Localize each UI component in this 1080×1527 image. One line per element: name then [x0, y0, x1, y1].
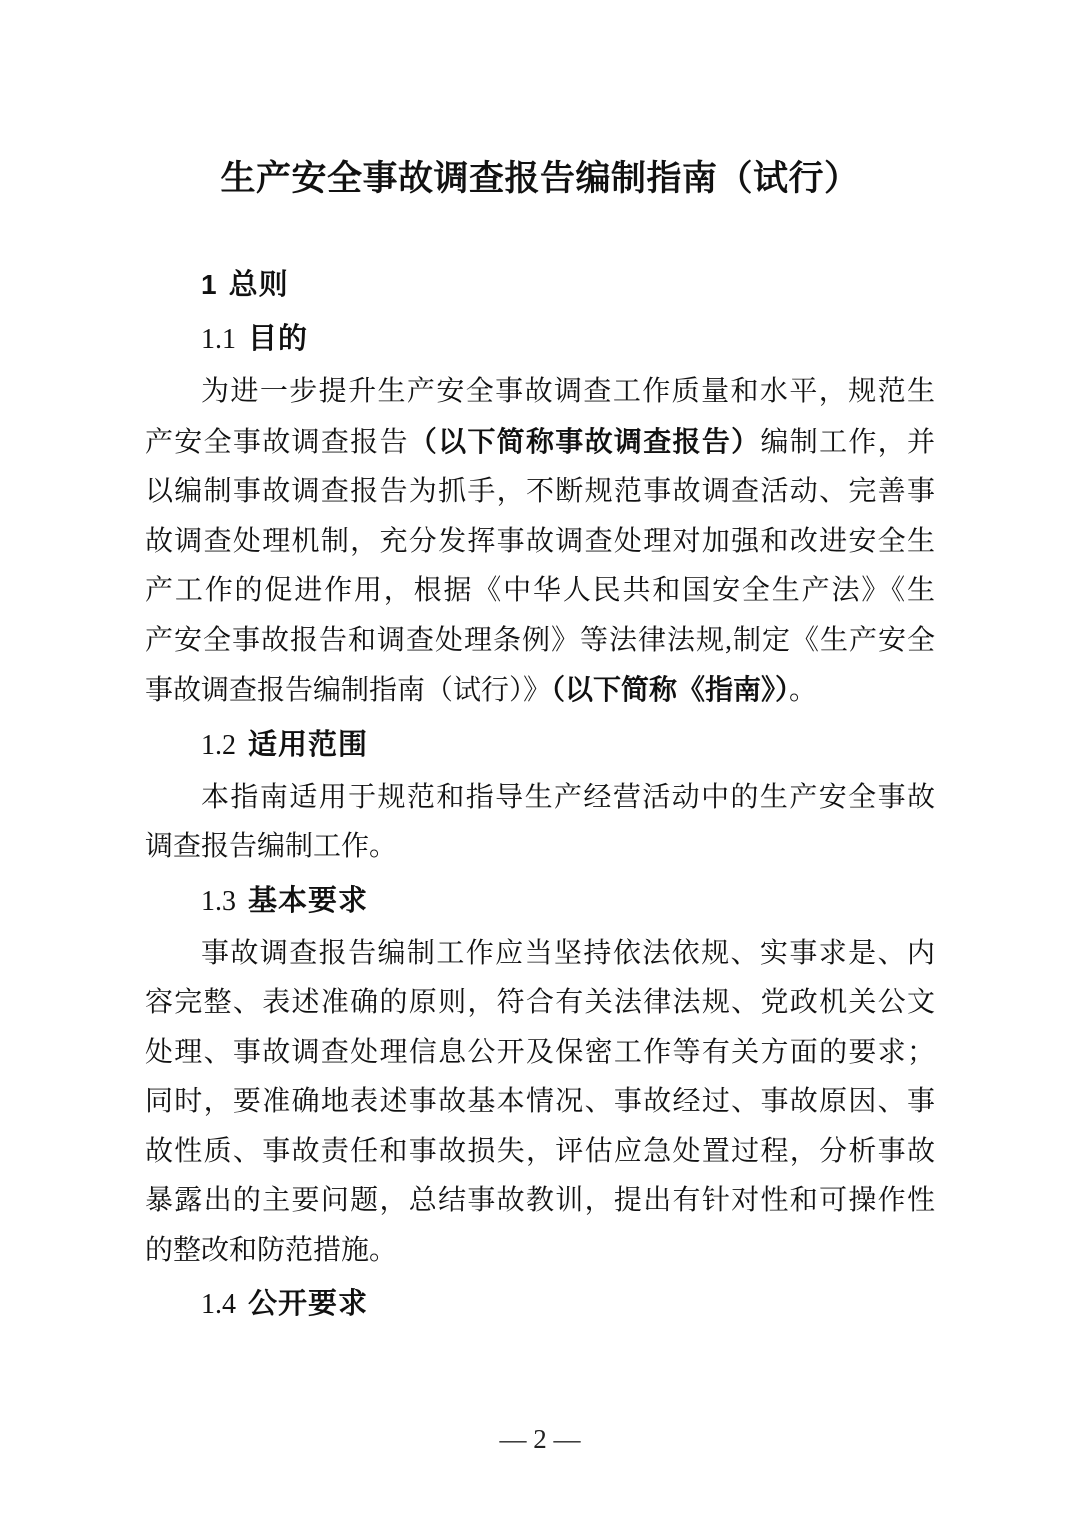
text-segment: 为进一步提升生产安全事故调查工作质量和水平，规范生	[201, 376, 935, 407]
text-segment: 故性质、事故责任和事故损失，评估应急处置过程，分析事故	[145, 1136, 935, 1167]
text-line: 处理、事故调查处理信息公开及保密工作等有关方面的要求；	[145, 1028, 935, 1078]
document-page: 生产安全事故调查报告编制指南（试行） 1总则1.1目的为进一步提升生产安全事故调…	[0, 0, 1080, 1527]
text-segment: 的整改和防范措施。	[145, 1235, 397, 1266]
text-segment: 本指南适用于规范和指导生产经营活动中的生产安全事故	[201, 782, 935, 813]
heading-number: 1.3	[201, 886, 236, 917]
heading-label: 适用范围	[248, 729, 368, 761]
text-segment: 事故调查报告编制工作应当坚持依法依规、实事求是、内	[201, 938, 935, 969]
heading-number: 1.4	[201, 1289, 236, 1320]
section-heading-1-1: 1.1目的	[145, 315, 935, 364]
text-line: 同时，要准确地表述事故基本情况、事故经过、事故原因、事	[145, 1077, 935, 1127]
text-segment: 产安全事故调查报告	[145, 427, 409, 458]
text-line: 产安全事故报告和调查处理条例》等法律法规,制定《生产安全	[145, 616, 935, 666]
text-line: 容完整、表述准确的原则，符合有关法律法规、党政机关公文	[145, 978, 935, 1028]
section-heading-1: 1总则	[145, 260, 935, 310]
heading-label: 总则	[229, 269, 289, 301]
document-title: 生产安全事故调查报告编制指南（试行）	[0, 156, 1080, 202]
text-line: 以编制事故调查报告为抓手，不断规范事故调查活动、完善事	[145, 467, 935, 517]
page-footer: — 2 —	[0, 1424, 1080, 1455]
section-heading-1-3: 1.3基本要求	[145, 877, 935, 926]
text-segment: 产安全事故报告和调查处理条例》等法律法规,制定《生产安全	[145, 625, 935, 656]
paragraph: 本指南适用于规范和指导生产经营活动中的生产安全事故调查报告编制工作。	[145, 773, 935, 872]
text-segment: 处理、事故调查处理信息公开及保密工作等有关方面的要求；	[145, 1037, 935, 1068]
text-segment: 暴露出的主要问题，总结事故教训，提出有针对性和可操作性	[145, 1185, 935, 1216]
paragraph: 事故调查报告编制工作应当坚持依法依规、实事求是、内容完整、表述准确的原则，符合有…	[145, 929, 935, 1276]
bold-text-segment: （以下简称事故调查报告）	[409, 426, 761, 457]
heading-number: 1	[201, 269, 217, 300]
section-heading-1-2: 1.2适用范围	[145, 721, 935, 770]
text-line: 的整改和防范措施。	[145, 1226, 935, 1276]
text-segment: 同时，要准确地表述事故基本情况、事故经过、事故原因、事	[145, 1086, 935, 1117]
text-line: 故性质、事故责任和事故损失，评估应急处置过程，分析事故	[145, 1127, 935, 1177]
text-line: 事故调查报告编制指南（试行）》（以下简称《指南》）。	[145, 665, 935, 716]
paragraph: 为进一步提升生产安全事故调查工作质量和水平，规范生产安全事故调查报告（以下简称事…	[145, 367, 935, 716]
text-segment: 。	[789, 675, 817, 706]
text-line: 故调查处理机制，充分发挥事故调查处理对加强和改进安全生	[145, 517, 935, 567]
section-heading-1-4: 1.4公开要求	[145, 1280, 935, 1329]
text-segment: 以编制事故调查报告为抓手，不断规范事故调查活动、完善事	[145, 476, 935, 507]
text-line: 调查报告编制工作。	[145, 822, 935, 872]
heading-number: 1.1	[201, 324, 236, 355]
text-segment: 事故调查报告编制指南（试行）》	[145, 675, 551, 706]
text-line: 为进一步提升生产安全事故调查工作质量和水平，规范生	[145, 367, 935, 417]
document-body: 1总则1.1目的为进一步提升生产安全事故调查工作质量和水平，规范生产安全事故调查…	[145, 260, 935, 1329]
heading-label: 公开要求	[248, 1288, 368, 1320]
text-segment: 编制工作，并	[760, 427, 935, 458]
text-line: 事故调查报告编制工作应当坚持依法依规、实事求是、内	[145, 929, 935, 979]
text-line: 产工作的促进作用，根据《中华人民共和国安全生产法》《生	[145, 566, 935, 616]
text-segment: 容完整、表述准确的原则，符合有关法律法规、党政机关公文	[145, 987, 935, 1018]
text-line: 产安全事故调查报告（以下简称事故调查报告）编制工作，并	[145, 417, 935, 468]
text-line: 本指南适用于规范和指导生产经营活动中的生产安全事故	[145, 773, 935, 823]
heading-label: 目的	[248, 323, 308, 355]
heading-number: 1.2	[201, 730, 236, 761]
heading-label: 基本要求	[248, 885, 368, 917]
text-segment: 产工作的促进作用，根据《中华人民共和国安全生产法》《生	[145, 575, 935, 606]
text-line: 暴露出的主要问题，总结事故教训，提出有针对性和可操作性	[145, 1176, 935, 1226]
page-number: — 2 —	[500, 1424, 581, 1454]
bold-text-segment: （以下简称《指南》）	[551, 674, 789, 705]
text-segment: 故调查处理机制，充分发挥事故调查处理对加强和改进安全生	[145, 526, 935, 557]
text-segment: 调查报告编制工作。	[145, 831, 397, 862]
